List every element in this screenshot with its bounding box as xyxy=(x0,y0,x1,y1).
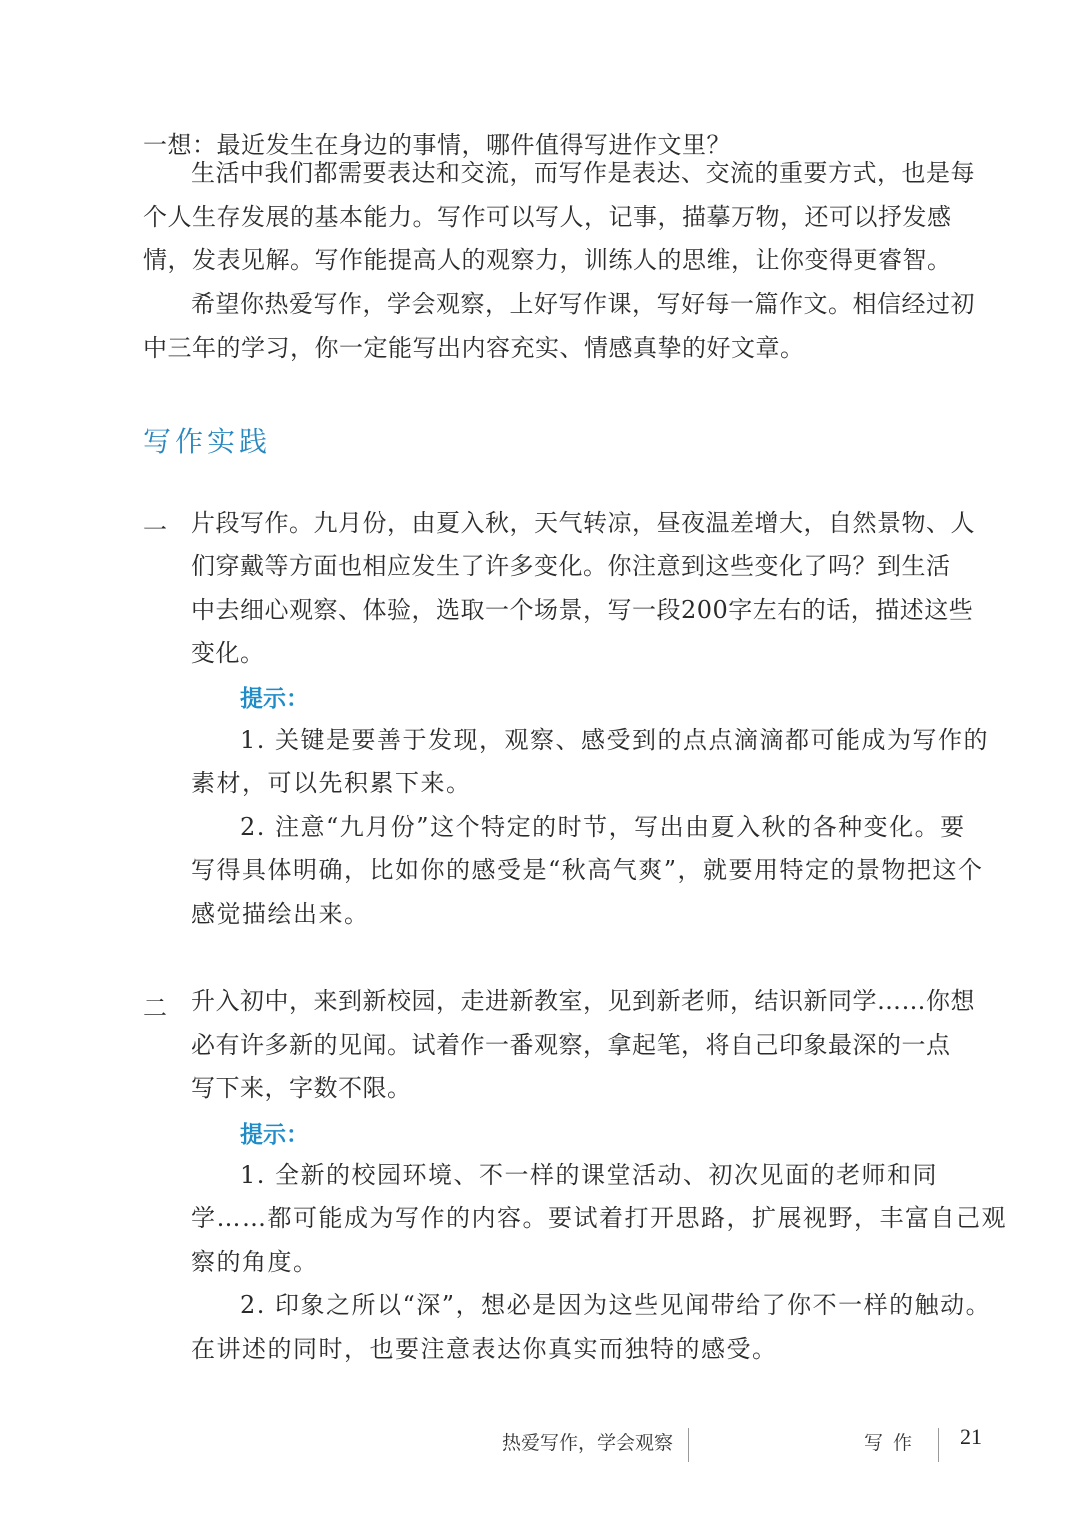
hint-line: 2. 印象之所以“深”，想必是因为这些见闻带给了你不一样的触动。 xyxy=(240,1290,991,1320)
page-number: 21 xyxy=(960,1424,982,1450)
hint-label: 提示： xyxy=(240,680,309,713)
exercise-line: 升入初中，来到新校园，走进新教室，见到新老师，结识新同学……你想 xyxy=(191,986,975,1016)
exercise-line: 必有许多新的见闻。试着作一番观察，拿起笔，将自己印象最深的一点 xyxy=(191,1030,951,1060)
footer-divider xyxy=(938,1428,939,1462)
intro-line: 希望你热爱写作，学会观察，上好写作课，写好每一篇作文。相信经过初 xyxy=(191,289,975,319)
hint-line: 学……都可能成为写作的内容。要试着打开思路，扩展视野，丰富自己观 xyxy=(191,1203,1007,1233)
intro-line: 中三年的学习，你一定能写出内容充实、情感真挚的好文章。 xyxy=(143,333,805,363)
intro-line: 个人生存发展的基本能力。写作可以写人，记事，描摹万物，还可以抒发感 xyxy=(143,202,952,232)
hint-line: 在讲述的同时，也要注意表达你真实而独特的感受。 xyxy=(191,1334,778,1364)
footer-divider xyxy=(688,1428,689,1462)
hint-line: 素材，可以先积累下来。 xyxy=(191,768,472,798)
hint-line: 1. 关键是要善于发现，观察、感受到的点点滴滴都可能成为写作的 xyxy=(240,725,989,755)
footer-section-name: 写作 xyxy=(864,1428,922,1455)
exercise-number: 一 xyxy=(143,510,167,545)
exercise-line: 们穿戴等方面也相应发生了许多变化。你注意到这些变化了吗？到生活 xyxy=(191,551,951,581)
exercise-line: 中去细心观察、体验，选取一个场景，写一段200字左右的话，描述这些 xyxy=(191,595,973,625)
exercise-line: 片段写作。九月份，由夏入秋，天气转凉，昼夜温差增大，自然景物、人 xyxy=(191,508,975,538)
exercise-number: 二 xyxy=(143,988,167,1023)
hint-line: 感觉描绘出来。 xyxy=(191,899,370,929)
footer-unit-title: 热爱写作，学会观察 xyxy=(502,1428,673,1455)
intro-line: 生活中我们都需要表达和交流，而写作是表达、交流的重要方式，也是每 xyxy=(191,158,975,188)
textbook-page: 一想：最近发生在身边的事情，哪件值得写进作文里？ 生活中我们都需要表达和交流，而… xyxy=(0,0,1080,1526)
hint-line: 1. 全新的校园环境、不一样的课堂活动、初次见面的老师和同 xyxy=(240,1160,938,1190)
hint-line: 2. 注意“九月份”这个特定的时节，写出由夏入秋的各种变化。要 xyxy=(240,812,966,842)
exercise-line: 变化。 xyxy=(191,638,265,668)
hint-line: 写得具体明确，比如你的感受是“秋高气爽”，就要用特定的景物把这个 xyxy=(191,855,984,885)
intro-line: 一想：最近发生在身边的事情，哪件值得写进作文里？ xyxy=(143,130,731,160)
intro-line: 情，发表见解。写作能提高人的观察力，训练人的思维，让你变得更睿智。 xyxy=(143,245,952,275)
hint-line: 察的角度。 xyxy=(191,1247,319,1277)
section-title: 写作实践 xyxy=(143,420,271,460)
exercise-line: 写下来，字数不限。 xyxy=(191,1073,412,1103)
hint-label: 提示： xyxy=(240,1116,309,1149)
